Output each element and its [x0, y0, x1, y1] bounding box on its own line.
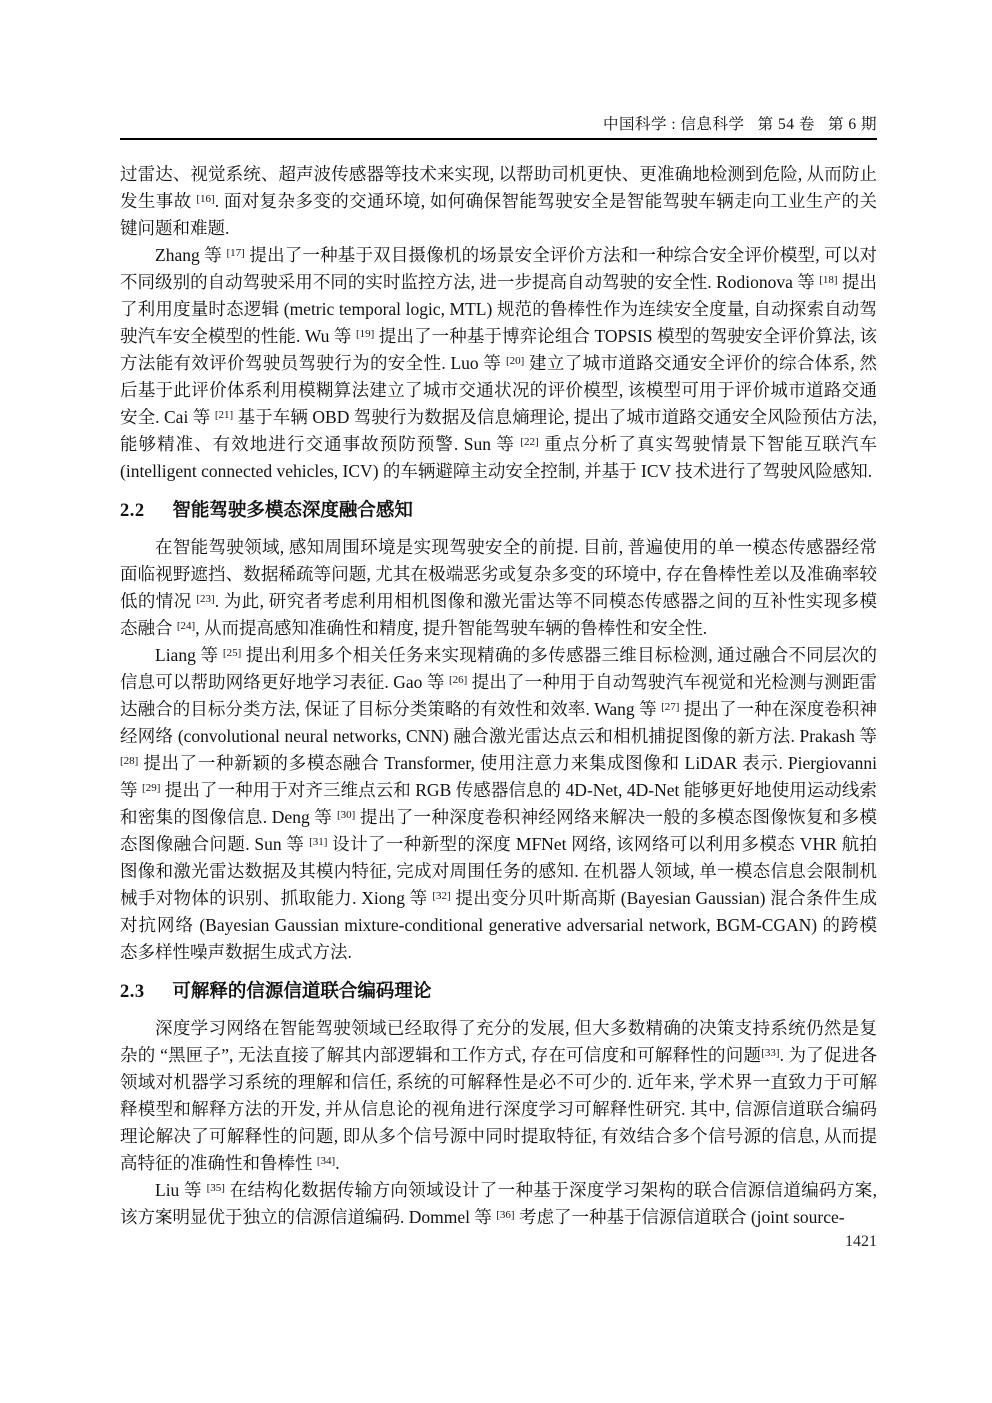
header-rule — [120, 138, 877, 140]
citation-ref: [23] — [196, 593, 214, 605]
citation-ref: [25] — [223, 647, 241, 659]
citation-ref: [29] — [142, 782, 160, 794]
citation-ref: [36] — [496, 1209, 514, 1221]
citation-ref: [30] — [337, 809, 355, 821]
paper-page: 中国科学 : 信息科学 第 54 卷 第 6 期 过雷达、视觉系统、超声波传感器… — [0, 0, 992, 1403]
citation-ref: [28] — [120, 755, 138, 767]
section-number: 2.3 — [120, 982, 145, 1002]
section-heading: 2.3可解释的信源信道联合编码理论 — [120, 981, 877, 1003]
paragraph: 深度学习网络在智能驾驶领域已经取得了充分的发展, 但大多数精确的决策支持系统仍然… — [120, 1015, 877, 1177]
section-number: 2.2 — [120, 501, 145, 521]
citation-ref: [20] — [506, 355, 524, 367]
article-body: 过雷达、视觉系统、超声波传感器等技术来实现, 以帮助司机更快、更准确地检测到危险… — [120, 161, 877, 1231]
citation-ref: [35] — [207, 1182, 225, 1194]
citation-ref: [17] — [227, 247, 245, 259]
citation-ref: [27] — [661, 701, 679, 713]
citation-ref: [21] — [215, 409, 233, 421]
paragraph: Zhang 等 [17] 提出了一种基于双目摄像机的场景安全评价方法和一种综合安… — [120, 242, 877, 485]
paragraph: 过雷达、视觉系统、超声波传感器等技术来实现, 以帮助司机更快、更准确地检测到危险… — [120, 161, 877, 242]
citation-ref: [24] — [177, 620, 195, 632]
citation-ref: [19] — [356, 328, 374, 340]
running-head: 中国科学 : 信息科学 第 54 卷 第 6 期 — [120, 112, 877, 134]
page-number: 1421 — [120, 1233, 877, 1251]
citation-ref: [34] — [317, 1155, 335, 1167]
citation-ref: [22] — [520, 436, 538, 448]
citation-ref: [31] — [309, 836, 327, 848]
citation-ref: [16] — [196, 193, 214, 205]
citation-ref: [32] — [432, 890, 450, 902]
citation-ref: [33] — [761, 1047, 779, 1059]
section-heading: 2.2智能驾驶多模态深度融合感知 — [120, 500, 877, 522]
paragraph: Liang 等 [25] 提出利用多个相关任务来实现精确的多传感器三维目标检测,… — [120, 642, 877, 966]
paragraph: 在智能驾驶领域, 感知周围环境是实现驾驶安全的前提. 目前, 普遍使用的单一模态… — [120, 534, 877, 642]
paragraph: Liu 等 [35] 在结构化数据传输方向领域设计了一种基于深度学习架构的联合信… — [120, 1177, 877, 1231]
section-title: 智能驾驶多模态深度融合感知 — [172, 501, 413, 521]
section-title: 可解释的信源信道联合编码理论 — [172, 982, 431, 1002]
citation-ref: [26] — [449, 674, 467, 686]
citation-ref: [18] — [819, 274, 837, 286]
